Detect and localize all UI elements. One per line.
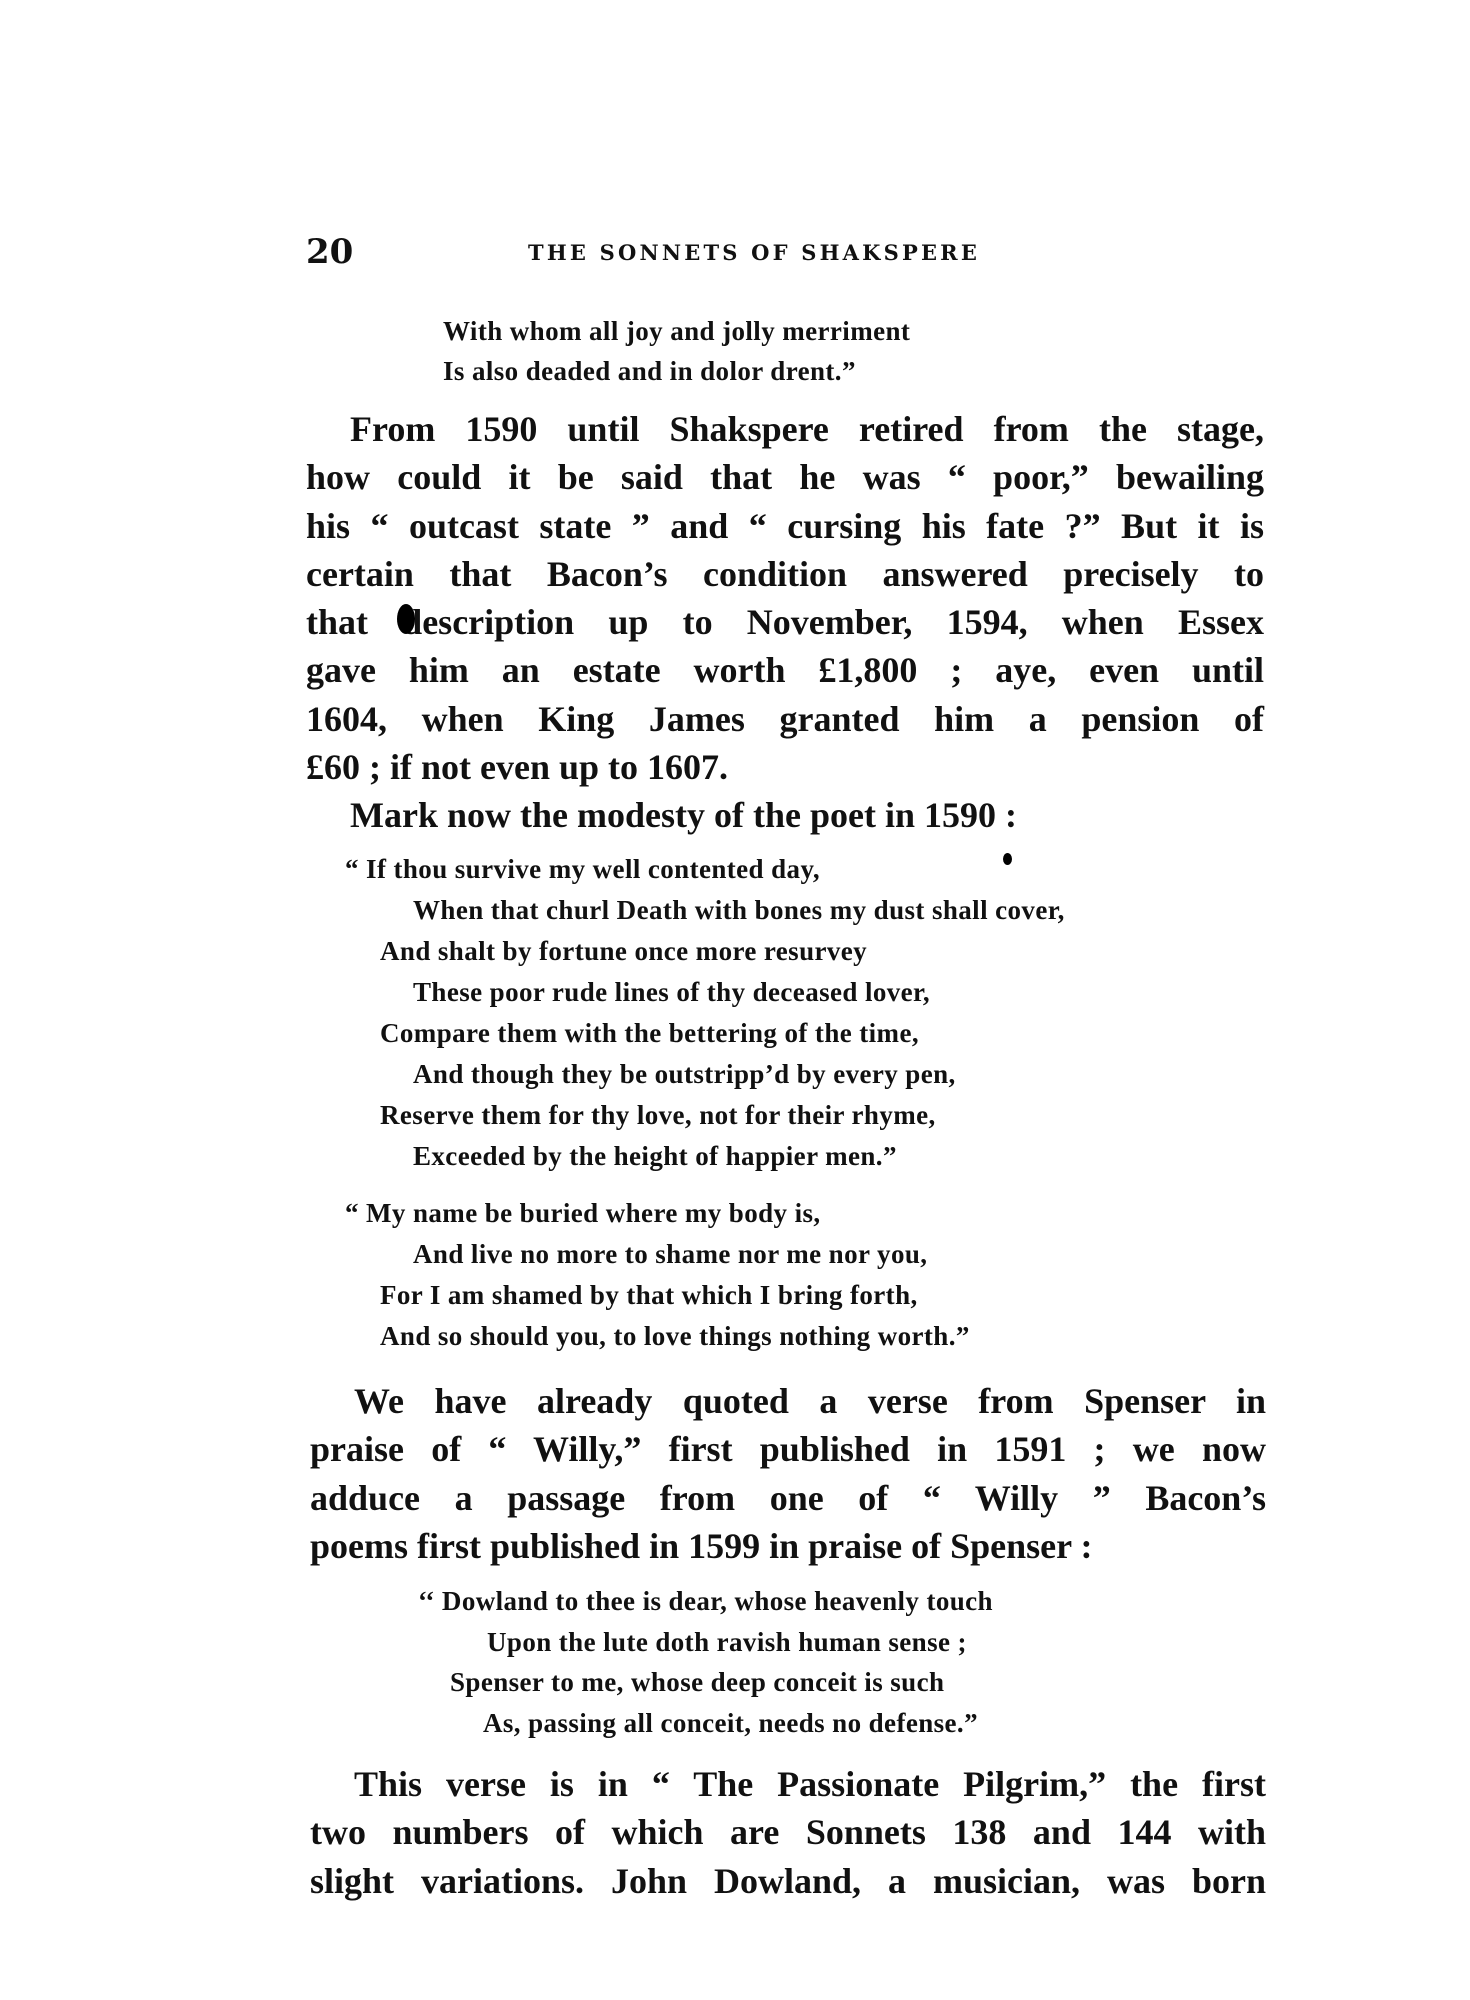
- paragraph-3: We have already quoted a verse from Spen…: [310, 1377, 1266, 1570]
- verse-line: When that churl Death with bones my dust…: [413, 895, 1065, 926]
- paragraph-2: Mark now the modesty of the poet in 1590…: [306, 791, 1264, 839]
- verse-line: These poor rude lines of thy deceased lo…: [413, 977, 930, 1008]
- verse-line: Spenser to me, whose deep conceit is suc…: [450, 1667, 944, 1698]
- prose-line: 1604, when King James granted him a pens…: [306, 695, 1264, 743]
- book-page: 20 THE SONNETS OF SHAKSPERE With whom al…: [0, 0, 1470, 2000]
- verse-line: ‘‘ Dowland to thee is dear, whose heaven…: [418, 1586, 993, 1617]
- prose-line: how could it be said that he was “ poor,…: [306, 453, 1264, 501]
- ink-dot: [1003, 853, 1012, 865]
- prose-line: praise of “ Willy,” first published in 1…: [310, 1425, 1266, 1473]
- verse-line: And live no more to shame nor me nor you…: [413, 1239, 927, 1270]
- paragraph-4: This verse is in “ The Passionate Pilgri…: [310, 1760, 1266, 1905]
- prose-line: From 1590 until Shakspere retired from t…: [306, 405, 1264, 453]
- prose-line: Mark now the modesty of the poet in 1590…: [306, 791, 1264, 839]
- verse-line: Exceeded by the height of happier men.”: [413, 1141, 897, 1172]
- verse-line: Is also deaded and in dolor drent.”: [443, 356, 856, 387]
- verse-line: Reserve them for thy love, not for their…: [380, 1100, 936, 1131]
- verse-line: For I am shamed by that which I bring fo…: [380, 1280, 918, 1311]
- verse-line: And though they be outstripp’d by every …: [413, 1059, 956, 1090]
- prose-line: his “ outcast state ” and “ cursing his …: [306, 502, 1264, 550]
- prose-line: poems first published in 1599 in praise …: [310, 1522, 1266, 1570]
- prose-line: that description up to November, 1594, w…: [306, 598, 1264, 646]
- page-number: 20: [306, 232, 353, 272]
- ink-blot: [397, 604, 415, 634]
- verse-line: Upon the lute doth ravish human sense ;: [487, 1627, 967, 1658]
- verse-line: “ My name be buried where my body is,: [345, 1198, 821, 1229]
- verse-line: “ If thou survive my well contented day,: [345, 854, 820, 885]
- prose-line: slight variations. John Dowland, a music…: [310, 1857, 1266, 1905]
- running-head: THE SONNETS OF SHAKSPERE: [528, 240, 980, 265]
- prose-line: adduce a passage from one of “ Willy ” B…: [310, 1474, 1266, 1522]
- prose-line: certain that Bacon’s condition answered …: [306, 550, 1264, 598]
- verse-line: Compare them with the bettering of the t…: [380, 1018, 919, 1049]
- prose-line: We have already quoted a verse from Spen…: [310, 1377, 1266, 1425]
- prose-line: gave him an estate worth £1,800 ; aye, e…: [306, 646, 1264, 694]
- prose-line: £60 ; if not even up to 1607.: [306, 743, 1264, 791]
- prose-line: two numbers of which are Sonnets 138 and…: [310, 1808, 1266, 1856]
- prose-line: This verse is in “ The Passionate Pilgri…: [310, 1760, 1266, 1808]
- verse-line: As, passing all conceit, needs no defens…: [483, 1708, 978, 1739]
- verse-line: And so should you, to love things nothin…: [380, 1321, 970, 1352]
- verse-line: With whom all joy and jolly merriment: [443, 316, 910, 347]
- paragraph-1: From 1590 until Shakspere retired from t…: [306, 405, 1264, 791]
- verse-line: And shalt by fortune once more resurvey: [380, 936, 867, 967]
